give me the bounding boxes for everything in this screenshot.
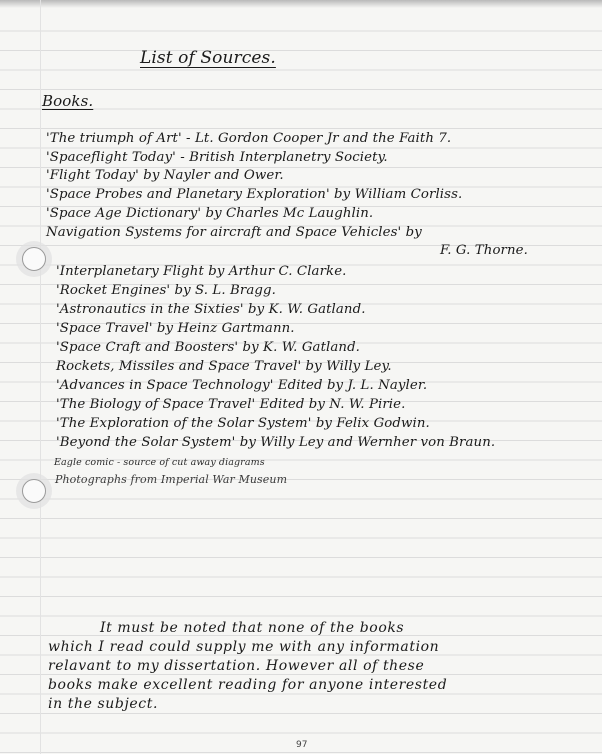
margin-line bbox=[40, 0, 41, 754]
source-entry: Rockets, Missiles and Space Travel' by W… bbox=[56, 359, 392, 374]
source-entry: 'The Biology of Space Travel' Edited by … bbox=[56, 397, 405, 412]
punch-hole-bottom bbox=[22, 479, 46, 503]
page-title: List of Sources. bbox=[140, 48, 276, 68]
source-entry: 'Interplanetary Flight by Arthur C. Clar… bbox=[56, 264, 347, 279]
paragraph-line: relavant to my dissertation. However all… bbox=[48, 658, 424, 674]
source-entry-author: F. G. Thorne. bbox=[440, 243, 528, 258]
section-heading-books: Books. bbox=[42, 92, 93, 110]
source-entry: 'The Exploration of the Solar System' by… bbox=[56, 416, 430, 431]
paragraph-line: It must be noted that none of the books bbox=[100, 620, 404, 636]
source-entry: 'The triumph of Art' - Lt. Gordon Cooper… bbox=[46, 131, 451, 146]
paragraph-line: in the subject. bbox=[48, 696, 158, 712]
source-entry: 'Flight Today' by Nayler and Ower. bbox=[46, 168, 284, 183]
source-entry: 'Space Travel' by Heinz Gartmann. bbox=[56, 321, 295, 336]
source-entry: 'Beyond the Solar System' by Willy Ley a… bbox=[56, 435, 495, 450]
source-entry: Navigation Systems for aircraft and Spac… bbox=[46, 225, 422, 240]
source-entry: 'Astronautics in the Sixties' by K. W. G… bbox=[56, 302, 366, 317]
note-eagle-comic: Eagle comic - source of cut away diagram… bbox=[54, 457, 265, 468]
paragraph-line: which I read could supply me with any in… bbox=[48, 639, 439, 655]
source-entry: 'Spaceflight Today' - British Interplane… bbox=[46, 150, 388, 165]
scan-shadow bbox=[0, 0, 602, 8]
page-number: 97 bbox=[296, 740, 307, 750]
note-photographs: Photographs from Imperial War Museum bbox=[55, 473, 287, 486]
paragraph-line: books make excellent reading for anyone … bbox=[48, 677, 447, 693]
source-entry: 'Space Probes and Planetary Exploration'… bbox=[46, 187, 462, 202]
source-entry: 'Advances in Space Technology' Edited by… bbox=[56, 378, 427, 393]
punch-hole-top bbox=[22, 247, 46, 271]
source-entry: 'Space Craft and Boosters' by K. W. Gatl… bbox=[56, 340, 360, 355]
source-entry: 'Rocket Engines' by S. L. Bragg. bbox=[56, 283, 276, 298]
source-entry: 'Space Age Dictionary' by Charles Mc Lau… bbox=[46, 206, 373, 221]
notebook-page: List of Sources. Books. 'The triumph of … bbox=[0, 0, 602, 754]
